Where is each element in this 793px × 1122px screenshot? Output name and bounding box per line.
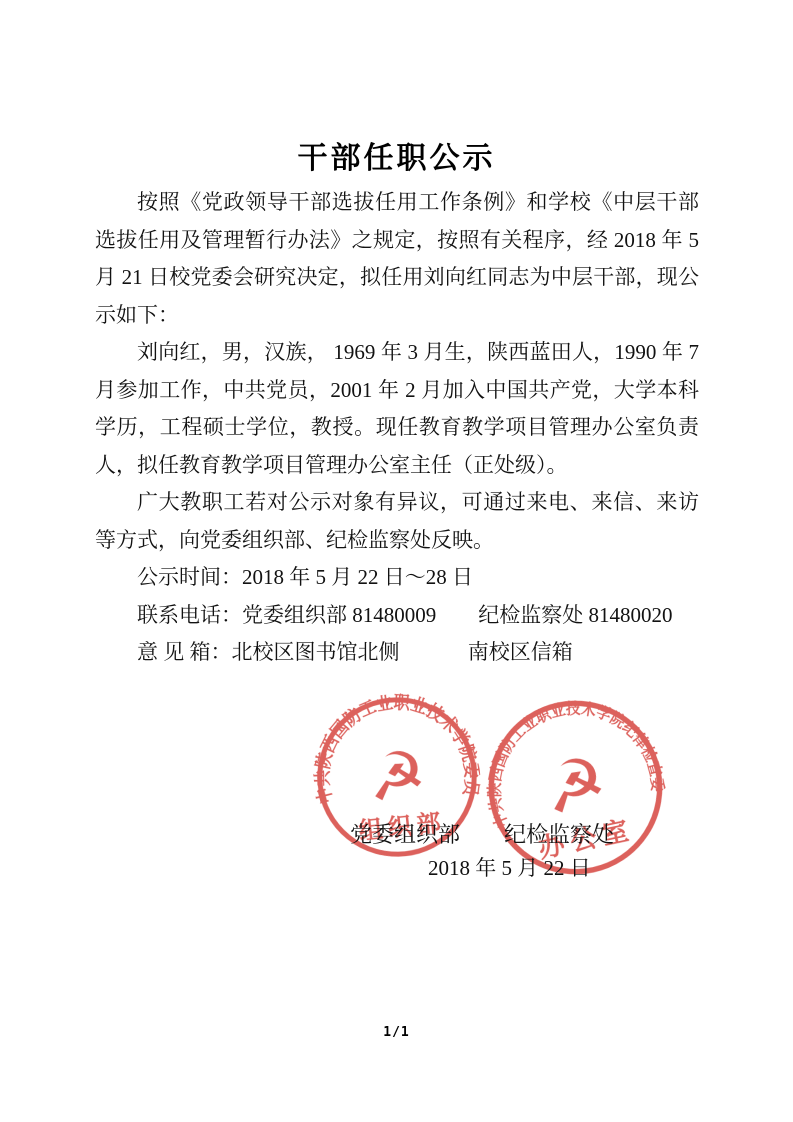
hammer-sickle-icon: ☭ [364, 737, 430, 818]
document-page: 干部任职公示 按照《党政领导干部选拔任用工作条例》和学校《中层干部选拔任用及管理… [0, 0, 793, 1122]
info-line-publicity-period: 公示时间：2018 年 5 月 22 日～28 日 [95, 559, 699, 597]
document-title: 干部任职公示 [0, 133, 793, 177]
paragraph-biography: 刘向红，男，汉族， 1969 年 3 月生，陕西蓝田人，1990 年 7 月参加… [95, 334, 699, 484]
document-body: 按照《党政领导干部选拔任用工作条例》和学校《中层干部选拔任用及管理暂行办法》之规… [95, 184, 699, 672]
issue-date: 2018 年 5 月 22 日 [428, 852, 591, 882]
paragraph-intro: 按照《党政领导干部选拔任用工作条例》和学校《中层干部选拔任用及管理暂行办法》之规… [95, 184, 699, 334]
info-line-contact-phones: 联系电话：党委组织部 81480009 纪检监察处 81480020 [95, 597, 699, 635]
issuing-departments-signature: 党委组织部 纪检监察处 [350, 818, 614, 849]
page-number-indicator: 1/1 [0, 1025, 793, 1040]
info-line-suggestion-boxes: 意 见 箱：北校区图书馆北侧 南校区信箱 [95, 634, 699, 672]
paragraph-feedback: 广大教职工若对公示对象有异议，可通过来电、来信、来访等方式，向党委组织部、纪检监… [95, 484, 699, 559]
